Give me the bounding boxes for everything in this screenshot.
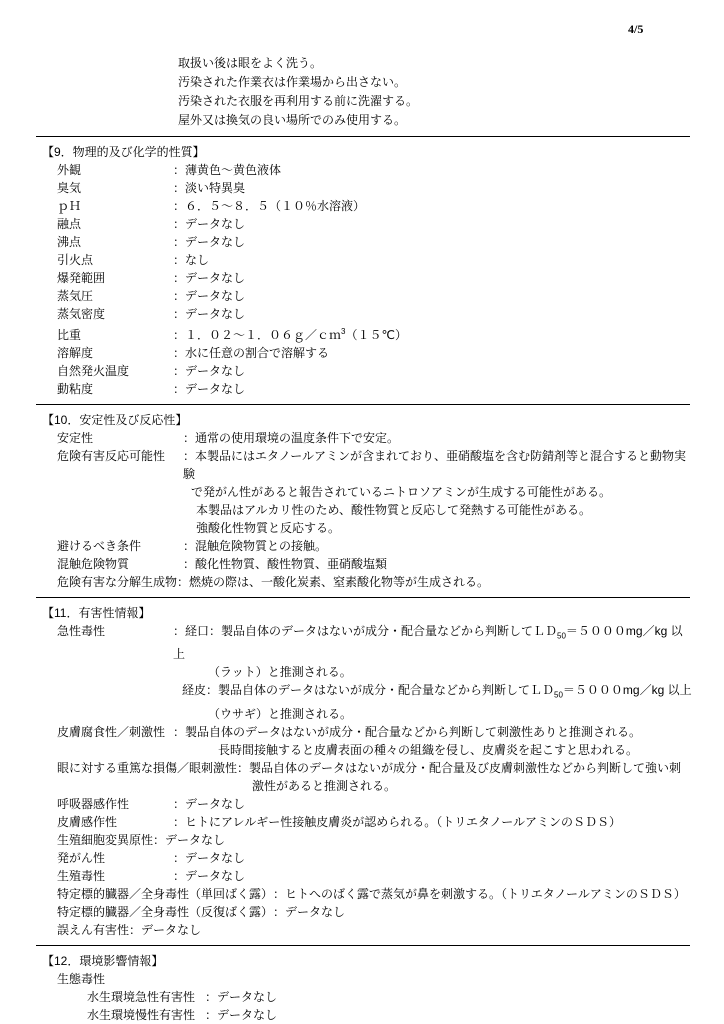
field-label: 特定標的臓器／全身毒性（反復ばく露） [57,903,273,921]
text-segment: ：データなし [173,271,245,285]
text-line: 強酸化性物質と反応する。 [196,519,340,537]
text-segment: ：データなし [173,869,245,883]
text-segment: ：混触危険物質との接触。 [183,539,327,553]
section-divider [36,404,690,405]
text-line: 汚染された衣服を再利用する前に洗濯する。 [178,92,418,111]
field-label: 外観 [57,161,173,179]
field-label: 水生環境急性有害性 [87,988,205,1006]
field-label: 蒸気密度 [57,305,173,323]
doc-row: 経皮：製品自体のデータはないが成分・配合量などから判断してＬＤ50＝５０００mg… [40,681,694,704]
field-value: ：データなし [173,287,245,305]
doc-row: （ウサギ）と推測される。 [40,705,694,723]
section-divider [36,136,690,137]
field-label: 生殖毒性 [57,867,173,885]
doc-row: 避けるべき条件：混触危険物質との接触。 [40,537,694,555]
field-value: ：水に任意の割合で溶解する [173,344,329,362]
text-segment: ：ヒトへのばく露で蒸気が鼻を刺激する。（トリエタノールアミンのＳＤＳ） [273,887,686,901]
doc-row: 生態毒性 [40,970,694,988]
section-s10: 【10．安定性及び反応性】安定性：通常の使用環境の温度条件下で安定。危険有害反応… [40,411,694,591]
text-segment: ：酸化性物質、酸性物質、亜硝酸塩類 [183,557,387,571]
text-line: 生態毒性 [57,970,105,988]
text-line: 取扱い後は眼をよく洗う。 [178,54,322,73]
field-value: ：データなし [173,233,245,251]
text-line: （ラット）と推測される。 [208,663,352,681]
doc-row: 危険有害な分解生成物：燃焼の際は、一酸化炭素、窒素酸化物等が生成される。 [40,573,694,591]
page-number: 4/5 [628,22,643,37]
field-label: ｐＨ [57,197,173,215]
field-value: ：データなし [173,215,245,233]
field-value: ：酸化性物質、酸性物質、亜硝酸塩類 [183,555,387,573]
doc-row: 安定性：通常の使用環境の温度条件下で安定。 [40,429,694,447]
field-value: ：データなし [273,903,345,921]
field-label: 比重 [57,326,173,344]
text-segment: ：１．０２～１．０６ｇ／ｃｍ [173,328,341,342]
doc-row: 引火点：なし [40,251,694,269]
field-value: ：淡い特異臭 [173,179,245,197]
field-label: 眼に対する重篤な損傷／眼刺激性 [57,759,237,777]
doc-row: 生殖毒性：データなし [40,867,694,885]
doc-row: 水生環境急性有害性：データなし [40,988,694,1006]
field-label: 特定標的臓器／全身毒性（単回ばく露） [57,885,273,903]
doc-row: 屋外又は換気の良い場所でのみ使用する。 [40,111,694,130]
field-value: ：燃焼の際は、一酸化炭素、窒素酸化物等が生成される。 [177,573,489,591]
text-segment: ：淡い特異臭 [173,181,245,195]
text-segment: ：データなし [173,797,245,811]
field-label: 呼吸器感作性 [57,795,173,813]
doc-row: 発がん性：データなし [40,849,694,867]
doc-row: 融点：データなし [40,215,694,233]
section-divider [36,945,690,946]
field-value: ：通常の使用環境の温度条件下で安定。 [183,429,399,447]
field-value: ：データなし [129,921,201,939]
field-label: 発がん性 [57,849,173,867]
field-value: ：ヒトへのばく露で蒸気が鼻を刺激する。（トリエタノールアミンのＳＤＳ） [273,885,686,903]
field-label: 混触危険物質 [57,555,183,573]
doc-row: 自然発火温度：データなし [40,362,694,380]
text-segment: 取扱い後は眼をよく洗う。 [178,56,322,70]
text-segment: 汚染された衣服を再利用する前に洗濯する。 [178,94,418,108]
field-value: ：データなし [173,269,245,287]
doc-row: 比重：１．０２～１．０６ｇ／ｃｍ3（１５℃） [40,323,694,344]
section-title: 【12．環境影響情報】 [40,952,694,970]
field-label: 自然発火温度 [57,362,173,380]
text-segment: ：６．５～８．５（１０％水溶液） [173,199,365,213]
field-value: ：１．０２～１．０６ｇ／ｃｍ3（１５℃） [173,323,407,344]
text-segment: ：水に任意の割合で溶解する [173,346,329,360]
sub-text: 50 [557,631,566,640]
doc-row: ｐＨ：６．５～８．５（１０％水溶液） [40,197,694,215]
text-segment: ：データなし [273,905,345,919]
field-value: ：データなし [173,362,245,380]
doc-row: 蒸気密度：データなし [40,305,694,323]
field-value: ：薄黄色～黄色液体 [173,161,281,179]
text-segment: （ウサギ）と推測される。 [208,707,352,721]
section-s11: 【11．有害性情報】急性毒性：経口：製品自体のデータはないが成分・配合量などから… [40,604,694,939]
doc-row: 臭気：淡い特異臭 [40,179,694,197]
doc-row: 強酸化性物質と反応する。 [40,519,694,537]
text-segment: ：データなし [153,833,225,847]
text-segment: 本製品はアルカリ性のため、酸性物質と反応して発熱する可能性がある。 [196,503,591,517]
field-value: ：データなし [173,795,245,813]
document-body: 取扱い後は眼をよく洗う。汚染された作業衣は作業場から出さない。汚染された衣服を再… [0,0,724,1024]
field-label: 蒸気圧 [57,287,173,305]
field-label: 沸点 [57,233,173,251]
field-value: ：ヒトにアレルギー性接触皮膚炎が認められる。（トリエタノールアミンのＳＤＳ） [173,813,621,831]
field-value: ：データなし [153,831,225,849]
doc-row: 激性があると推測される。 [40,777,694,795]
section-s9: 【9．物理的及び化学的性質】外観：薄黄色～黄色液体臭気：淡い特異臭ｐＨ：６．５～… [40,143,694,398]
sub-text: 50 [554,691,563,700]
doc-row: 動粘度：データなし [40,380,694,398]
field-value: ：データなし [205,1006,277,1024]
doc-row: 汚染された衣服を再利用する前に洗濯する。 [40,92,694,111]
field-label: 避けるべき条件 [57,537,183,555]
section-title: 【11．有害性情報】 [40,604,694,622]
doc-row: 沸点：データなし [40,233,694,251]
text-segment: ：なし [173,253,209,267]
text-segment: ：ヒトにアレルギー性接触皮膚炎が認められる。（トリエタノールアミンのＳＤＳ） [173,815,621,829]
field-label: 危険有害な分解生成物 [57,573,177,591]
text-segment: ：本製品にはエタノールアミンが含まれており、亜硝酸塩を含む防錆剤等と混合すると動… [183,449,686,481]
text-segment: ：データなし [173,851,245,865]
field-value: ：本製品にはエタノールアミンが含まれており、亜硝酸塩を含む防錆剤等と混合すると動… [183,447,694,483]
text-segment: ：経口：製品自体のデータはないが成分・配合量などから判断してＬＤ [173,624,557,638]
field-value: ：６．５～８．５（１０％水溶液） [173,197,365,215]
text-segment: ：データなし [173,307,245,321]
doc-row: 外観：薄黄色～黄色液体 [40,161,694,179]
field-label: 溶解度 [57,344,173,362]
field-value: ：製品自体のデータはないが成分・配合量などから判断して刺激性ありと推測される。 [173,723,641,741]
field-label: 水生環境慢性有害性 [87,1006,205,1024]
text-segment: 強酸化性物質と反応する。 [196,521,340,535]
text-segment: ：データなし [205,990,277,1004]
field-label: 安定性 [57,429,183,447]
field-value: ：データなし [173,849,245,867]
doc-row: 眼に対する重篤な損傷／眼刺激性：製品自体のデータはないが成分・配合量及び皮膚刺激… [40,759,694,777]
text-line: 経皮：製品自体のデータはないが成分・配合量などから判断してＬＤ50＝５０００mg… [182,681,692,704]
text-segment: 長時間接触すると皮膚表面の種々の組織を侵し、皮膚炎を起こすと思われる。 [218,743,638,757]
text-segment: ：データなし [173,382,245,396]
section-divider [36,597,690,598]
text-segment: ：製品自体のデータはないが成分・配合量及び皮膚刺激性などから判断して強い刺 [237,761,681,775]
field-value: ：経口：製品自体のデータはないが成分・配合量などから判断してＬＤ50＝５０００m… [173,622,694,663]
field-label: 動粘度 [57,380,173,398]
text-segment: （１５℃） [345,328,406,342]
text-line: で発がん性があると報告されているニトロソアミンが生成する可能性がある。 [191,483,611,501]
field-value: ：混触危険物質との接触。 [183,537,327,555]
field-label: 皮膚感作性 [57,813,173,831]
doc-row: 溶解度：水に任意の割合で溶解する [40,344,694,362]
text-segment: 激性があると推測される。 [252,779,396,793]
text-segment: ：燃焼の際は、一酸化炭素、窒素酸化物等が生成される。 [177,575,489,589]
field-value: ：データなし [173,867,245,885]
text-line: 屋外又は換気の良い場所でのみ使用する。 [178,111,406,130]
section-title: 【9．物理的及び化学的性質】 [40,143,694,161]
sds-document-page: 4/5 取扱い後は眼をよく洗う。汚染された作業衣は作業場から出さない。汚染された… [0,0,724,1024]
doc-row: 生殖細胞変異原性：データなし [40,831,694,849]
text-segment: ：データなし [173,235,245,249]
field-label: 皮膚腐食性／刺激性 [57,723,173,741]
field-label: 誤えん有害性 [57,921,129,939]
doc-row: 危険有害反応可能性：本製品にはエタノールアミンが含まれており、亜硝酸塩を含む防錆… [40,447,694,483]
doc-row: 本製品はアルカリ性のため、酸性物質と反応して発熱する可能性がある。 [40,501,694,519]
field-label: 臭気 [57,179,173,197]
text-segment: ：製品自体のデータはないが成分・配合量などから判断して刺激性ありと推測される。 [173,725,641,739]
doc-row: 長時間接触すると皮膚表面の種々の組織を侵し、皮膚炎を起こすと思われる。 [40,741,694,759]
doc-row: 皮膚感作性：ヒトにアレルギー性接触皮膚炎が認められる。（トリエタノールアミンのＳ… [40,813,694,831]
text-segment: ：薄黄色～黄色液体 [173,163,281,177]
field-value: ：なし [173,251,209,269]
text-segment: ＝５０００mg／kg 以上 [563,683,692,697]
doc-row: 呼吸器感作性：データなし [40,795,694,813]
text-segment: 経皮：製品自体のデータはないが成分・配合量などから判断してＬＤ [182,683,554,697]
doc-row: 急性毒性：経口：製品自体のデータはないが成分・配合量などから判断してＬＤ50＝５… [40,622,694,663]
doc-row: 混触危険物質：酸化性物質、酸性物質、亜硝酸塩類 [40,555,694,573]
text-segment: ：データなし [129,923,201,937]
field-label: 引火点 [57,251,173,269]
doc-row: 蒸気圧：データなし [40,287,694,305]
doc-row: 皮膚腐食性／刺激性：製品自体のデータはないが成分・配合量などから判断して刺激性あ… [40,723,694,741]
doc-row: で発がん性があると報告されているニトロソアミンが生成する可能性がある。 [40,483,694,501]
text-segment: （ラット）と推測される。 [208,665,352,679]
doc-row: 特定標的臓器／全身毒性（単回ばく露）：ヒトへのばく露で蒸気が鼻を刺激する。（トリ… [40,885,694,903]
text-segment: ：データなし [173,289,245,303]
text-line: （ウサギ）と推測される。 [208,705,352,723]
text-segment: ：データなし [205,1008,277,1022]
field-label: 融点 [57,215,173,233]
section-title: 【10．安定性及び反応性】 [40,411,694,429]
text-line: 長時間接触すると皮膚表面の種々の組織を侵し、皮膚炎を起こすと思われる。 [218,741,638,759]
doc-row: （ラット）と推測される。 [40,663,694,681]
field-label: 急性毒性 [57,622,173,640]
field-label: 生殖細胞変異原性 [57,831,153,849]
text-line: 本製品はアルカリ性のため、酸性物質と反応して発熱する可能性がある。 [196,501,591,519]
section-intro: 取扱い後は眼をよく洗う。汚染された作業衣は作業場から出さない。汚染された衣服を再… [40,54,694,130]
doc-row: 誤えん有害性：データなし [40,921,694,939]
doc-row: 水生環境慢性有害性：データなし [40,1006,694,1024]
field-value: ：データなし [173,305,245,323]
field-value: ：製品自体のデータはないが成分・配合量及び皮膚刺激性などから判断して強い刺 [237,759,681,777]
text-line: 激性があると推測される。 [252,777,396,795]
doc-row: 爆発範囲：データなし [40,269,694,287]
text-segment: 生態毒性 [57,972,105,986]
field-value: ：データなし [205,988,277,1006]
text-segment: ：データなし [173,364,245,378]
text-segment: 屋外又は換気の良い場所でのみ使用する。 [178,113,406,127]
text-line: 汚染された作業衣は作業場から出さない。 [178,73,406,92]
field-label: 爆発範囲 [57,269,173,287]
field-label: 危険有害反応可能性 [57,447,183,465]
doc-row: 汚染された作業衣は作業場から出さない。 [40,73,694,92]
text-segment: ：データなし [173,217,245,231]
field-value: ：データなし [173,380,245,398]
doc-row: 特定標的臓器／全身毒性（反復ばく露）：データなし [40,903,694,921]
text-segment: で発がん性があると報告されているニトロソアミンが生成する可能性がある。 [191,485,611,499]
doc-row: 取扱い後は眼をよく洗う。 [40,54,694,73]
text-segment: ：通常の使用環境の温度条件下で安定。 [183,431,399,445]
text-segment: 汚染された作業衣は作業場から出さない。 [178,75,406,89]
section-s12: 【12．環境影響情報】生態毒性水生環境急性有害性：データなし水生環境慢性有害性：… [40,952,694,1024]
